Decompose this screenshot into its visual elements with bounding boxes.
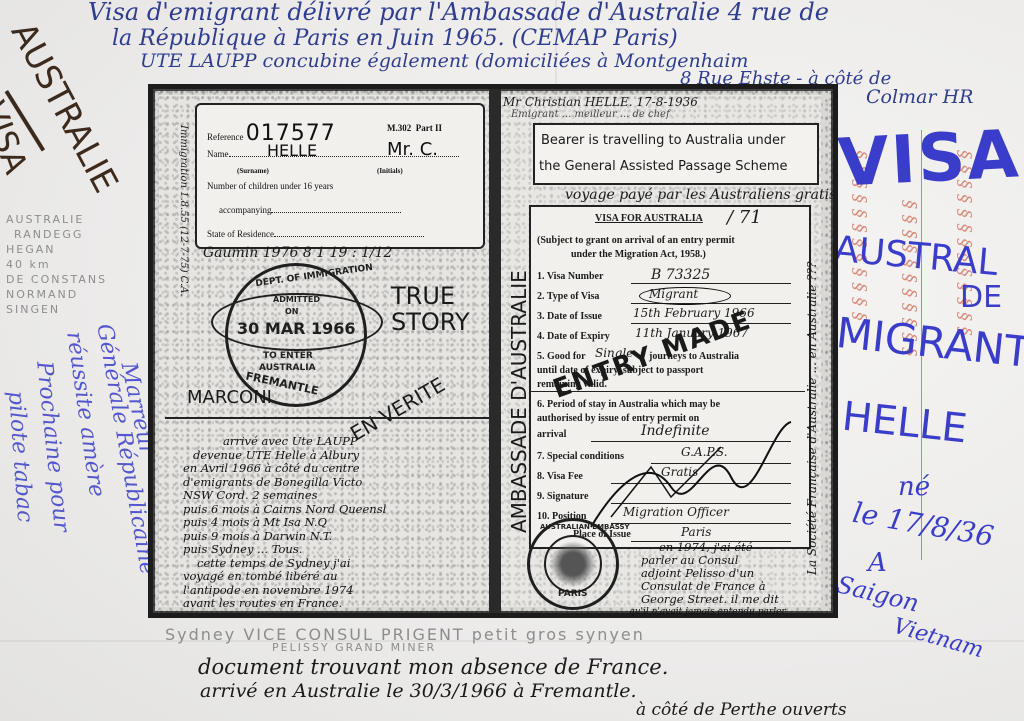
type-of-visa-value: Migrant <box>649 287 698 301</box>
right-header-handwriting-2: Emigrant ... meilleur ... de chef <box>511 109 670 120</box>
stamp-line1: ADMITTED <box>273 295 320 304</box>
field-visa-fee: 8. Visa Fee <box>537 471 583 482</box>
seal-top-text: AUSTRALIAN EMBASSY <box>540 523 630 531</box>
embassy-crest-icon <box>544 535 602 593</box>
handwriting-under-box: Gaumin 1976 8 1 19 : 1/12 <box>203 245 392 261</box>
field-date-of-issue: 3. Date of Issue <box>537 311 602 322</box>
reference-label: Reference <box>207 132 243 142</box>
grey-line: NORMAND <box>6 287 107 302</box>
accompanying-label: accompanying <box>219 205 271 215</box>
annotation-ne: né <box>898 472 930 502</box>
passport-left-page: Immigration 1.8.55 (12-7-75) C.A. Refere… <box>159 95 489 607</box>
stamp-date: 30 MAR 1966 <box>237 319 356 338</box>
state-label: State of Residence <box>207 229 274 239</box>
scrawl-true-story: TRUE STORY <box>391 283 481 335</box>
bearer-line2: the General Assisted Passage Scheme <box>539 159 788 174</box>
annotation-bottom-line3: à côté de Perthe ouverts <box>636 700 847 720</box>
children-label: Number of children under 16 years <box>207 181 333 191</box>
annotation-bottom-line2: arrivé en Australie le 30/3/1966 à Frema… <box>200 680 637 702</box>
visa-hand-suffix: / 71 <box>727 207 762 228</box>
name-label: Name <box>207 149 229 159</box>
grey-line: DE CONSTANS <box>6 272 107 287</box>
name-value: HELLE <box>267 141 317 160</box>
embassy-seal: AUSTRALIAN EMBASSY PARIS <box>527 518 619 610</box>
reference-box: Reference 017577 M.302 Part II Name HELL… <box>195 103 485 249</box>
initials-caption: (Initials) <box>377 167 403 175</box>
field-type-of-visa: 2. Type of Visa <box>537 291 599 302</box>
field-visa-number: 1. Visa Number <box>537 271 603 282</box>
right-page-notes: en 1974, j'ai été parler au Consul adjoi… <box>641 541 786 619</box>
annotation-top-line3: UTE LAUPP concubine également (domicilié… <box>140 50 748 72</box>
grey-line: AUSTRALIE <box>6 212 107 227</box>
visa-number-value: B 73325 <box>651 267 710 283</box>
annotation-bottom-line1: document trouvant mon absence de France. <box>198 655 668 679</box>
subject-line2: under the Migration Act, 1958.) <box>571 249 706 260</box>
seal-bottom-text: PARIS <box>558 589 588 599</box>
grey-line: SINGEN <box>6 302 107 317</box>
stamp-line3: TO ENTER <box>263 351 313 361</box>
annotation-top-line1: Visa d'emigrant délivré par l'Ambassade … <box>88 0 829 26</box>
scrawl-marconi: MARCONI <box>187 387 272 408</box>
left-margin-vertical: Immigration 1.8.55 (12-7-75) C.A. <box>178 125 189 297</box>
grey-line: 40 km <box>6 257 107 272</box>
vertical-ambassade-stamp: AMBASSADE D'AUSTRALIE <box>507 270 531 533</box>
visa-title: VISA FOR AUSTRALIA <box>595 213 703 224</box>
initials-value: Mr. C. <box>387 139 438 160</box>
arrival-label: arrival <box>537 429 566 440</box>
subject-line1: (Subject to grant on arrival of an entry… <box>537 235 735 246</box>
signature-scribble <box>581 417 801 537</box>
passport-photocopy: Immigration 1.8.55 (12-7-75) C.A. Refere… <box>148 84 838 618</box>
field-good-for: 5. Good for <box>537 351 586 362</box>
right-margin-vertical: La Société Française d'Australie ... en … <box>805 262 819 575</box>
annotation-grey-block: AUSTRALIE RANDEGG HEGAN 40 km DE CONSTAN… <box>6 212 107 317</box>
annotation-de: DE <box>960 280 1002 315</box>
right-header-handwriting: Mr Christian HELLE. 17-8-1936 <box>503 95 698 109</box>
form-number: M.302 Part II <box>387 123 442 133</box>
grey-line: RANDEGG <box>6 227 107 242</box>
annotation-top-line5: Colmar HR <box>866 86 973 108</box>
annotation-grey-bottom-2: PELISSY GRAND MINER <box>272 641 436 654</box>
bearer-line1: Bearer is travelling to Australia under <box>541 133 785 148</box>
annotation-visa-big: VISA <box>836 115 1022 201</box>
field-date-of-expiry: 4. Date of Expiry <box>537 331 610 342</box>
surname-caption: (Surname) <box>237 167 269 175</box>
annotation-top-line2: la République à Paris en Juin 1965. (CEM… <box>112 26 678 51</box>
bearer-box: Bearer is travelling to Australia under … <box>533 123 819 185</box>
left-page-notes: arrivé avec Ute LAUPP devenue UTE Helle … <box>183 435 386 611</box>
visa-hand-over: voyage payé par les Australiens gratis <box>565 187 836 203</box>
annotation-a: A <box>868 548 887 578</box>
page-divider <box>165 417 489 419</box>
stamp-line4: AUSTRALIA <box>259 363 316 373</box>
stamp-line2: ON <box>285 307 299 316</box>
passport-spine <box>489 89 501 613</box>
grey-line: HEGAN <box>6 242 107 257</box>
